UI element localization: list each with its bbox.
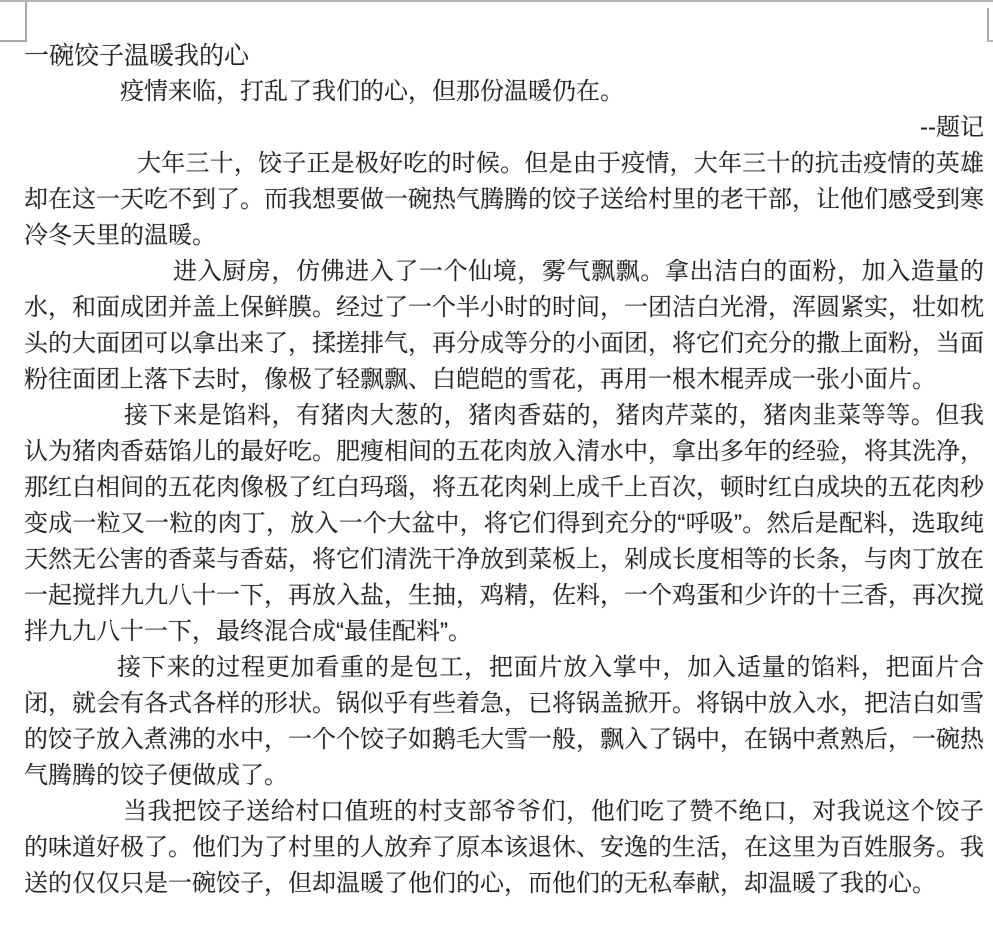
paragraph-2: 进入厨房，仿佛进入了一个仙境，雾气飘飘。拿出洁白的面粉，加入造量的水，和面成团并… xyxy=(24,254,984,398)
page-corner-mark-top-left xyxy=(0,2,27,42)
paragraph-1: 大年三十，饺子正是极好吃的时候。但是由于疫情，大年三十的抗击疫情的英雄却在这一天… xyxy=(24,146,984,254)
paragraph-5: 当我把饺子送给村口值班的村支部爷爷们，他们吃了赞不绝口，对我说这个饺子的味道好极… xyxy=(24,794,984,902)
document-title: 一碗饺子温暖我的心 xyxy=(24,38,984,74)
epigraph-text: 疫情来临，打乱了我们的心，但那份温暖仍在。 xyxy=(24,74,984,110)
document-page: 一碗饺子温暖我的心 疫情来临，打乱了我们的心，但那份温暖仍在。 --题记 大年三… xyxy=(0,0,993,944)
epigraph-attribution: --题记 xyxy=(24,110,984,146)
document-body: 一碗饺子温暖我的心 疫情来临，打乱了我们的心，但那份温暖仍在。 --题记 大年三… xyxy=(24,38,984,902)
page-corner-mark-top-right xyxy=(987,8,993,42)
paragraph-4: 接下来的过程更加看重的是包工，把面片放入掌中，加入适量的馅料，把面片合闭，就会有… xyxy=(24,650,984,794)
paragraph-3: 接下来是馅料，有猪肉大葱的，猪肉香菇的，猪肉芹菜的，猪肉韭菜等等。但我认为猪肉香… xyxy=(24,398,984,650)
